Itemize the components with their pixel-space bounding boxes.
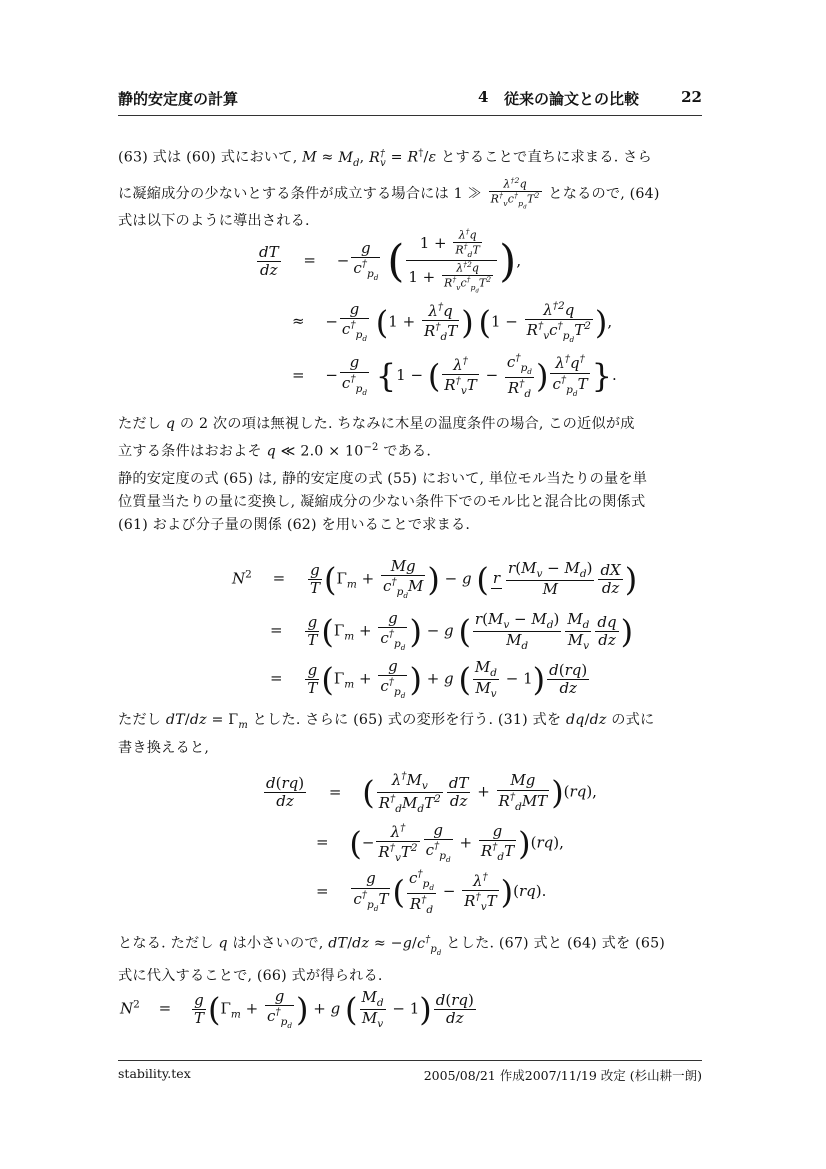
paragraph-5: となる. ただし q は小さいので, dT/dz ≈ −g/c†pd とした. … [118, 928, 702, 988]
text-line: ただし dT/dz = Γm とした. さらに (65) 式の変形を行う. (3… [118, 709, 702, 737]
footer-rule [118, 1060, 702, 1061]
equation-line: N2 = gT(Γm + gc†pd) + g (MdMv − 1)d(rq)d… [120, 988, 478, 1031]
footer-filename: stability.tex [118, 1066, 191, 1081]
text-line: 式に代入することで, (66) 式が得られる. [118, 965, 702, 988]
equation-line: N2 = gT(Γm + Mgc†pdM) − g (rr(Mv − Md)Md… [232, 558, 637, 601]
paragraph-1: (63) 式は (60) 式において, M ≈ Md, R†v = R†/ε と… [118, 142, 702, 233]
text-line: 書き換えると, [118, 737, 702, 760]
equation-line: d(rq)dz = (λ†MvR†dMdT2dTdz + MgR†dMT)(rq… [262, 770, 597, 815]
text-line: ただし q の 2 次の項は無視した. ちなみに木星の温度条件の場合, この近似… [118, 413, 702, 436]
text-line: (63) 式は (60) 式において, M ≈ Md, R†v = R†/ε と… [118, 142, 702, 175]
document-page: 静的安定度の計算 4 従来の論文との比較 22 (63) 式は (60) 式にお… [0, 0, 826, 1169]
text-line: 立する条件はおおよそ q ≪ 2.0 × 10−2 である. [118, 436, 702, 464]
equation-line: = (−λ†R†vT2gc†pd + gR†dT)(rq), [316, 822, 564, 865]
paragraph-3: 静的安定度の式 (65) は, 静的安定度の式 (55) において, 単位モル当… [118, 468, 702, 537]
paragraph-4: ただし dT/dz = Γm とした. さらに (65) 式の変形を行う. (3… [118, 709, 702, 760]
header-section-number: 4 [478, 88, 488, 106]
text-line: に凝縮成分の少ないとする条件が成立する場合には 1 ≫ λ†2qR†vc†pdT… [118, 177, 702, 211]
running-header: 静的安定度の計算 4 従来の論文との比較 22 [118, 88, 702, 112]
text-line: (61) および分子量の関係 (62) を用いることで求まる. [118, 514, 702, 537]
paragraph-2: ただし q の 2 次の項は無視した. ちなみに木星の温度条件の場合, この近似… [118, 413, 702, 464]
text-line: となる. ただし q は小さいので, dT/dz ≈ −g/c†pd とした. … [118, 928, 702, 965]
text-line: 位質量当たりの量に変換し, 凝縮成分の少ない条件下でのモル比と混合比の関係式 [118, 491, 702, 514]
header-section-title: 従来の論文との比較 [504, 88, 639, 109]
equation-line: dTdz = −gc†pd (1 + λ†qR†dT1 + λ†2qR†vc†p… [255, 228, 521, 295]
equation-line: ≈ −gc†pd (1 + λ†qR†dT) (1 − λ†2qR†vc†pdT… [292, 300, 612, 345]
footer-dates: 2005/08/21 作成2007/11/19 改定 (杉山耕一朗) [424, 1066, 702, 1084]
equation-line: = −gc†pd {1 − (λ†R†vT − c†pdR†d)λ†q†c†pd… [292, 352, 617, 400]
page-number: 22 [681, 88, 702, 106]
header-title: 静的安定度の計算 [118, 88, 238, 109]
text-line: 静的安定度の式 (65) は, 静的安定度の式 (55) において, 単位モル当… [118, 468, 702, 491]
equation-line: = gc†pdT(c†pdR†d − λ†R†vT)(rq). [316, 868, 546, 916]
header-rule [118, 115, 702, 116]
equation-line: = gT(Γm + gc†pd) − g (r(Mv − Md)MdMdMvdq… [270, 610, 633, 653]
equation-line: = gT(Γm + gc†pd) + g (MdMv − 1)d(rq)dz [270, 658, 591, 701]
